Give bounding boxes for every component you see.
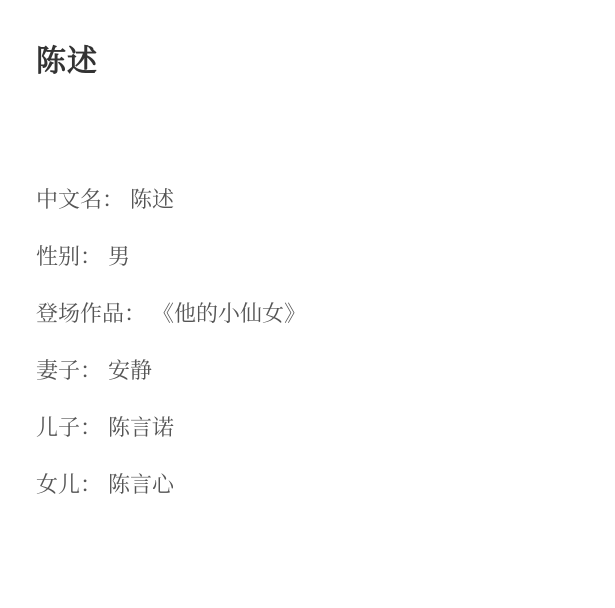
field-label: 女儿：: [36, 468, 102, 499]
field-value: 陈言心: [108, 468, 174, 499]
page-title: 陈述: [36, 44, 579, 80]
field-value: 陈言诺: [108, 411, 174, 442]
field-value: 《他的小仙女》: [152, 297, 306, 328]
field-row: 性别： 男: [36, 227, 579, 284]
character-info-page: 陈述 中文名： 陈述 性别： 男 登场作品： 《他的小仙女》 妻子： 安静 儿子…: [0, 0, 615, 608]
field-value: 男: [108, 240, 130, 271]
field-label: 性别：: [36, 240, 102, 271]
field-row: 中文名： 陈述: [36, 170, 579, 227]
field-row: 登场作品： 《他的小仙女》: [36, 284, 579, 341]
field-label: 儿子：: [36, 411, 102, 442]
field-label: 中文名：: [36, 183, 124, 214]
field-list: 中文名： 陈述 性别： 男 登场作品： 《他的小仙女》 妻子： 安静 儿子： 陈…: [36, 170, 579, 512]
field-label: 妻子：: [36, 354, 102, 385]
field-value: 陈述: [130, 183, 174, 214]
field-row: 女儿： 陈言心: [36, 455, 579, 512]
field-value: 安静: [108, 354, 152, 385]
field-label: 登场作品：: [36, 297, 146, 328]
field-row: 妻子： 安静: [36, 341, 579, 398]
field-row: 儿子： 陈言诺: [36, 398, 579, 455]
